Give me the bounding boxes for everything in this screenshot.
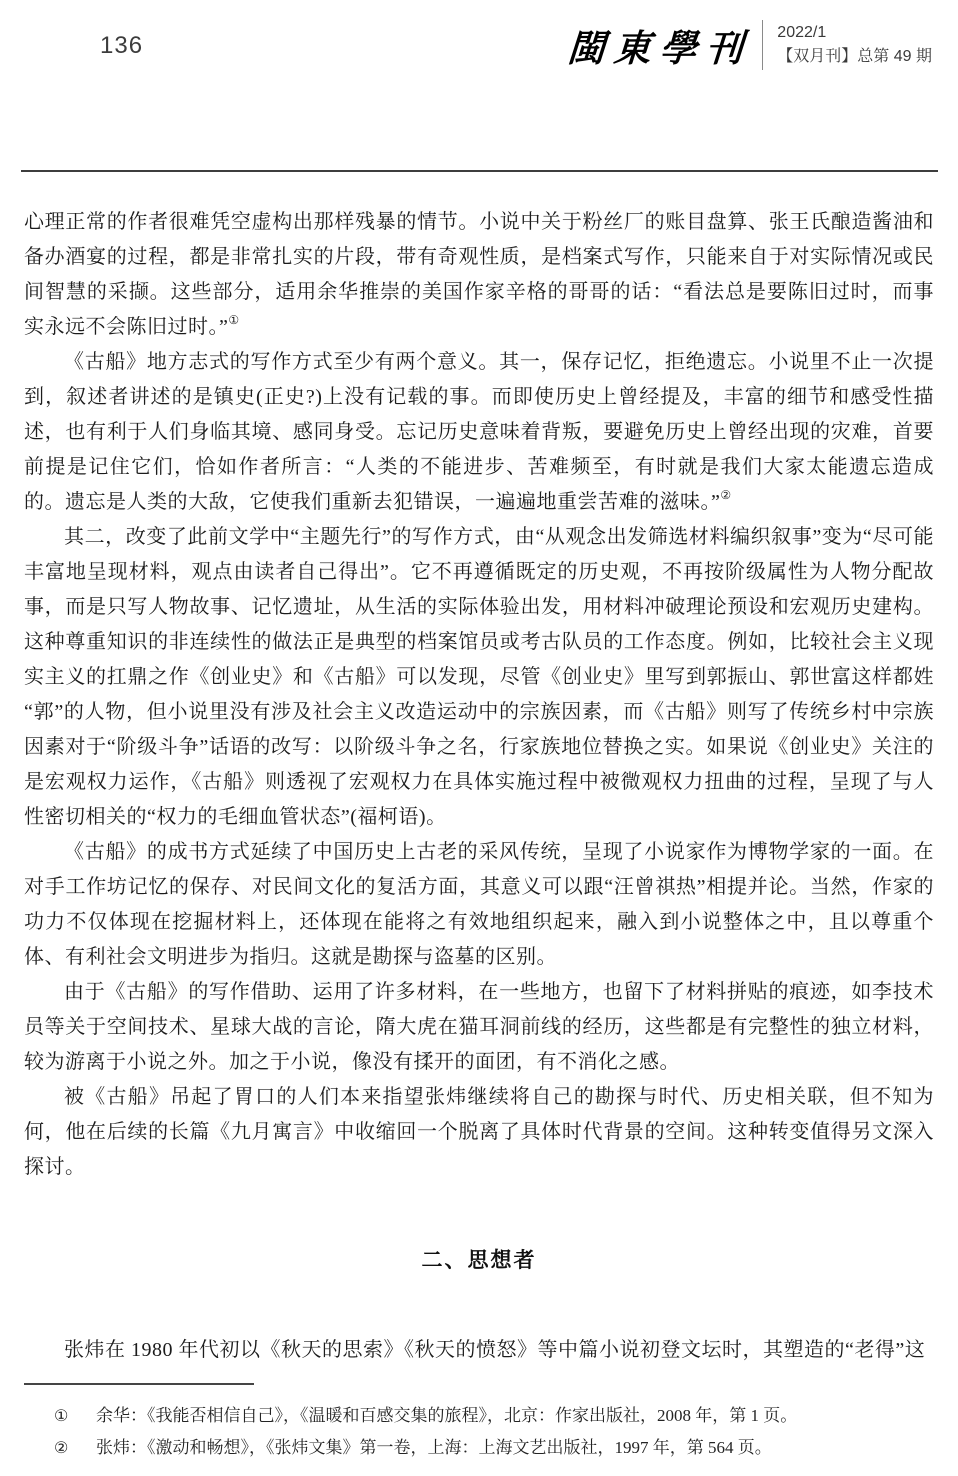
- paragraph-text: 被《古船》吊起了胃口的人们本来指望张炜继续将自己的勘探与时代、历史相关联，但不知…: [24, 1086, 934, 1178]
- header-rule: [21, 170, 938, 172]
- footnote-ref-2: ②: [720, 488, 731, 502]
- footnote-marker-1: ①: [54, 1401, 96, 1432]
- footnote-ref-1: ①: [228, 313, 239, 327]
- footnote-text-2: 张炜：《激动和畅想》，《张炜文集》第一卷，上海：上海文艺出版社，1997 年，第…: [96, 1432, 934, 1463]
- journal-page: 136 閩東學刊 2022/1 【双月刊】总第 49 期 心理正常的作者很难凭空…: [0, 0, 958, 1476]
- paragraph-text: 《古船》的成书方式延续了中国历史上古老的采风传统，呈现了小说家作为博物学家的一面…: [24, 841, 934, 968]
- footnote: ② 张炜：《激动和畅想》，《张炜文集》第一卷，上海：上海文艺出版社，1997 年…: [24, 1432, 934, 1464]
- issue-number-line: 【双月刊】总第 49 期: [777, 45, 932, 69]
- journal-title: 閩東學刊: [566, 18, 754, 72]
- paragraph-text: 《古船》地方志式的写作方式至少有两个意义。其一，保存记忆，拒绝遗忘。小说里不止一…: [24, 351, 934, 513]
- paragraph-text: 其二，改变了此前文学中“主题先行”的写作方式，由“从观念出发筛选材料编织叙事”变…: [24, 526, 934, 828]
- footnote-marker-2: ②: [54, 1433, 96, 1464]
- paragraph-text: 张炜在 1980 年代初以《秋天的思索》《秋天的愤怒》等中篇小说初登文坛时，其塑…: [64, 1339, 925, 1361]
- paragraph: 其二，改变了此前文学中“主题先行”的写作方式，由“从观念出发筛选材料编织叙事”变…: [24, 520, 934, 835]
- footnote-text-1: 余华：《我能否相信自己》，《温暖和百感交集的旅程》，北京：作家出版社，2008 …: [96, 1400, 934, 1431]
- paragraph: 《古船》的成书方式延续了中国历史上古老的采风传统，呈现了小说家作为博物学家的一面…: [24, 835, 934, 975]
- paragraph: 心理正常的作者很难凭空虚构出那样残暴的情节。小说中关于粉丝厂的账目盘算、张王氏酿…: [24, 205, 934, 345]
- masthead-divider: [762, 20, 763, 70]
- paragraph: 《古船》地方志式的写作方式至少有两个意义。其一，保存记忆，拒绝遗忘。小说里不止一…: [24, 345, 934, 520]
- article-body: 心理正常的作者很难凭空虚构出那样残暴的情节。小说中关于粉丝厂的账目盘算、张王氏酿…: [24, 205, 934, 1368]
- paragraph: 张炜在 1980 年代初以《秋天的思索》《秋天的愤怒》等中篇小说初登文坛时，其塑…: [24, 1333, 934, 1368]
- footnote: ① 余华：《我能否相信自己》，《温暖和百感交集的旅程》，北京：作家出版社，200…: [24, 1400, 934, 1432]
- journal-masthead: 閩東學刊 2022/1 【双月刊】总第 49 期: [568, 18, 932, 72]
- paragraph: 被《古船》吊起了胃口的人们本来指望张炜继续将自己的勘探与时代、历史相关联，但不知…: [24, 1080, 934, 1185]
- page-number: 136: [100, 32, 143, 60]
- issue-year-line: 2022/1: [777, 21, 932, 45]
- issue-info: 2022/1 【双月刊】总第 49 期: [777, 21, 932, 69]
- footnote-separator: [24, 1383, 254, 1385]
- paragraph-text: 心理正常的作者很难凭空虚构出那样残暴的情节。小说中关于粉丝厂的账目盘算、张王氏酿…: [24, 211, 934, 338]
- footnotes-block: ① 余华：《我能否相信自己》，《温暖和百感交集的旅程》，北京：作家出版社，200…: [24, 1383, 934, 1464]
- section-heading: 二、思想者: [24, 1243, 934, 1278]
- paragraph-text: 由于《古船》的写作借助、运用了许多材料，在一些地方，也留下了材料拼贴的痕迹，如李…: [24, 981, 934, 1073]
- paragraph: 由于《古船》的写作借助、运用了许多材料，在一些地方，也留下了材料拼贴的痕迹，如李…: [24, 975, 934, 1080]
